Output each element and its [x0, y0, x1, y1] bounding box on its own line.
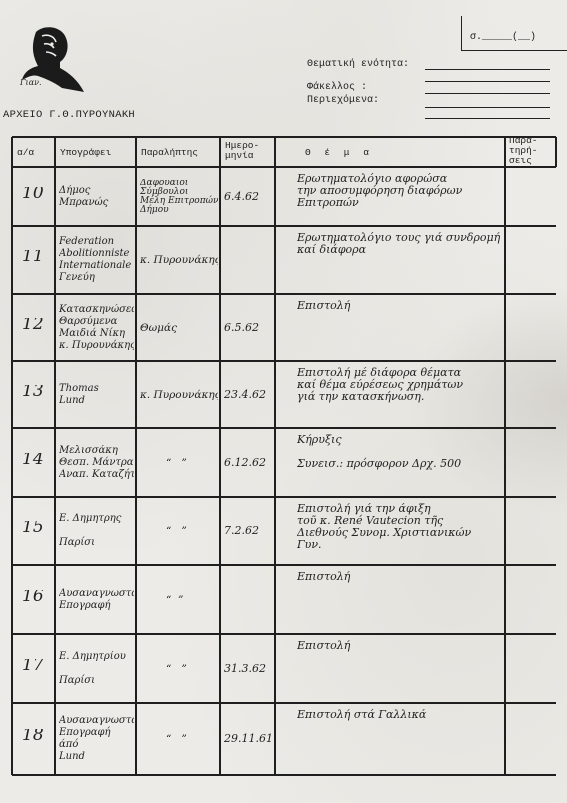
cell-date: 31.3.62	[224, 663, 273, 675]
table-row: 16Αυσαναγνωστα Επογραφή“ ”Επιστολή	[12, 565, 556, 634]
cell-number: 15	[22, 521, 59, 533]
cell-signer: Ε. Δημητρης Παρίσι	[59, 513, 134, 549]
cell-subject: Επιστολή	[297, 640, 503, 652]
cell-signer: Μελισσάκη Θεσπ. Μάντρας Αναπ. Καταζήτησ	[59, 445, 134, 481]
cell-subject: Επιστολή γιά την άφιξη τοῦ κ. René Vaute…	[297, 503, 503, 551]
field-line-folder	[425, 93, 550, 94]
field-line-2	[425, 81, 550, 82]
cell-number: 12	[22, 318, 59, 330]
table-row: 10Δήμος ΜπρανώςΔαφουαιοί Σύμβουλοι Μέλη …	[12, 167, 556, 226]
cell-number: 16	[22, 590, 59, 602]
cell-signer: Δήμος Μπρανώς	[59, 185, 134, 209]
cell-subject: Επιστολή	[297, 571, 503, 583]
table-row: 15Ε. Δημητρης Παρίσι“ ”7.2.62Επιστολή γι…	[12, 497, 556, 565]
correspondence-register-table: α/αΥπογράφειΠαραλήπτηςΗμερο- μηνίαΘ έ μ …	[12, 137, 556, 775]
cell-number: 10	[22, 187, 59, 199]
cell-recipient: κ. Πυρουνάκης	[140, 254, 218, 266]
cell-recipient: “ ”	[166, 594, 244, 606]
portrait-signature: Γιαν.	[20, 78, 42, 87]
table-row: 14Μελισσάκη Θεσπ. Μάντρας Αναπ. Καταζήτη…	[12, 428, 556, 497]
column-header-number: α/α	[17, 148, 34, 158]
archive-title: ΑΡΧΕΙΟ Γ.Θ.ΠΥΡΟΥΝΑΚΗ	[3, 109, 135, 121]
cell-number: 13	[22, 385, 59, 397]
cell-signer: Αυσαναγνωστα Επογραφή άπό Lund	[59, 715, 134, 763]
cell-subject: Επιστολή	[297, 300, 503, 312]
cell-date: 7.2.62	[224, 525, 273, 537]
cell-date: 23.4.62	[224, 389, 273, 401]
field-label-folder: Φάκελλος :	[307, 82, 367, 93]
cell-recipient: Δαφουαιοί Σύμβουλοι Μέλη Επιτροπών Δήμου	[140, 179, 218, 215]
cell-date: 6.12.62	[224, 457, 273, 469]
cell-subject: Επιστολή στά Γαλλικά	[297, 709, 503, 721]
table-row-line	[12, 136, 556, 138]
column-header-signer: Υπογράφει	[60, 148, 111, 158]
table-row: 18Αυσαναγνωστα Επογραφή άπό Lund“ ”29.11…	[12, 703, 556, 775]
column-header-date: Ημερο- μηνία	[225, 141, 259, 161]
table-row: 11Federation Abolitionniste Internationa…	[12, 226, 556, 294]
table-row: 13Thomas Lundκ. Πυρουνάκης23.4.62Επιστολ…	[12, 361, 556, 428]
column-header-recipient: Παραλήπτης	[141, 148, 198, 158]
cell-subject: Ερωτηματολόγιο τους γιά συνδρομή καί διά…	[297, 232, 503, 256]
cell-recipient: κ. Πυρουνάκης	[140, 389, 218, 401]
cell-date: 6.4.62	[224, 191, 273, 203]
field-line-contents	[425, 107, 550, 108]
cell-subject: Κήρυξις Συνεισ.: πρόσφορον Δρχ. 500	[297, 434, 503, 470]
cell-number: 14	[22, 453, 59, 465]
cell-number: 11	[22, 250, 59, 262]
table-row: 17Ε. Δημητρίου Παρίσι“ ”31.3.62Επιστολή	[12, 634, 556, 703]
field-label-thematic-unit: Θεματική ενότητα:	[307, 59, 409, 70]
column-header-subject: Θ έ μ α	[305, 148, 373, 158]
cell-number: 18	[22, 729, 59, 741]
cell-signer: Thomas Lund	[59, 383, 134, 407]
cell-signer: Αυσαναγνωστα Επογραφή	[59, 588, 134, 612]
field-label-contents: Περιεχόμενα:	[307, 95, 379, 106]
cell-signer: Federation Abolitionniste Internationale…	[59, 236, 134, 284]
cell-subject: Επιστολή μέ διάφορα θέματα καί θέμα εύρέ…	[297, 367, 503, 403]
field-line-5	[425, 118, 550, 119]
column-header-notes: Παρα- τηρή- σεις	[509, 136, 538, 166]
cell-signer: Κατασκηνώσεως Θαρσύμενα Μαιδιά Νίκη κ. Π…	[59, 304, 134, 352]
table-row: 12Κατασκηνώσεως Θαρσύμενα Μαιδιά Νίκη κ.…	[12, 294, 556, 361]
cell-date: 29.11.61	[224, 733, 273, 745]
cell-subject: Ερωτηματολόγιο αφορώσα την αποσυμφόρηση …	[297, 173, 503, 209]
table-column-line	[555, 137, 557, 167]
reference-box: σ._____(__)	[461, 16, 567, 51]
cell-date: 6.5.62	[224, 322, 273, 334]
cell-signer: Ε. Δημητρίου Παρίσι	[59, 651, 134, 687]
cell-number: 17	[22, 659, 59, 671]
cell-recipient: Θωμάς	[140, 322, 218, 334]
field-line-thematic-unit	[425, 69, 550, 70]
reference-number: σ._____(__)	[470, 32, 536, 43]
